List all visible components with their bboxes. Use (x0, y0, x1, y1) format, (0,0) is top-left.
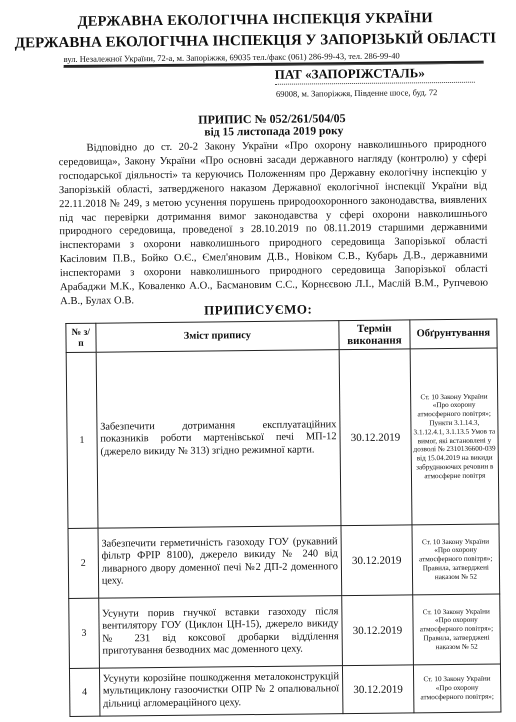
row-num: 4 (69, 668, 99, 716)
table-row: 3 Усунути порив гнучкої вставки газоходу… (69, 594, 501, 669)
row-basis: Ст. 10 Закону України «Про охорону атмос… (412, 524, 500, 595)
row-basis: Ст. 10 Закону України «Про охорону атмос… (412, 594, 500, 665)
header-term: Термін виконання (339, 320, 410, 350)
row-term: 30.12.2019 (339, 349, 412, 526)
row-term: 30.12.2019 (342, 595, 414, 666)
recipient-name: ПАТ «ЗАПОРІЖСТАЛЬ» (275, 65, 425, 83)
recipient-address: 69008, м. Запоріжжя, Південне шосе, буд.… (276, 87, 438, 99)
row-content: Усунути корозійне пошкодження металоконс… (99, 666, 343, 717)
row-num: 3 (69, 598, 99, 668)
table-row: 4 Усунути корозійне пошкодження металоко… (69, 664, 500, 717)
body-paragraph-container: Відповідно до ст. 20-2 Закону України «П… (58, 138, 488, 309)
header-num: № з/п (66, 323, 96, 352)
table-header-row: № з/п Зміст припису Термін виконання Обґ… (66, 319, 497, 353)
table-row: 2 Забезпечити герметичність газоходу ГОУ… (68, 524, 500, 599)
row-num: 1 (66, 352, 98, 528)
row-basis: Ст. 10 Закону України «Про охорону атмос… (413, 664, 501, 713)
row-content: Усунути порив гнучкої вставки газоходу п… (98, 596, 342, 669)
agency-title: ДЕРЖАВНА ЕКОЛОГІЧНА ІНСПЕКЦІЯ УКРАЇНИ (0, 9, 513, 31)
header-content: Зміст припису (96, 321, 339, 353)
row-term: 30.12.2019 (341, 525, 413, 596)
row-num: 2 (68, 528, 98, 598)
regional-agency-title: ДЕРЖАВНА ЕКОЛОГІЧНА ІНСПЕКЦІЯ У ЗАПОРІЗЬ… (0, 30, 513, 52)
row-content: Забезпечити герметичність газоходу ГОУ (… (98, 526, 342, 599)
row-basis: Ст. 10 Закону України «Про охорону атмос… (410, 348, 499, 525)
row-content: Забезпечити дотримання експлуатаційних п… (96, 350, 341, 529)
prescription-table: № з/п Зміст припису Термін виконання Обґ… (65, 318, 501, 717)
row-term: 30.12.2019 (342, 665, 413, 714)
document-page: ДЕРЖАВНА ЕКОЛОГІЧНА ІНСПЕКЦІЯ УКРАЇНИ ДЕ… (0, 0, 516, 722)
table-row: 1 Забезпечити дотримання експлуатаційних… (66, 348, 499, 529)
body-paragraph: Відповідно до ст. 20-2 Закону України «П… (58, 138, 488, 309)
prescription-date: від 15 листопада 2019 року (204, 125, 343, 138)
header-basis: Обґрунтування (410, 319, 498, 349)
